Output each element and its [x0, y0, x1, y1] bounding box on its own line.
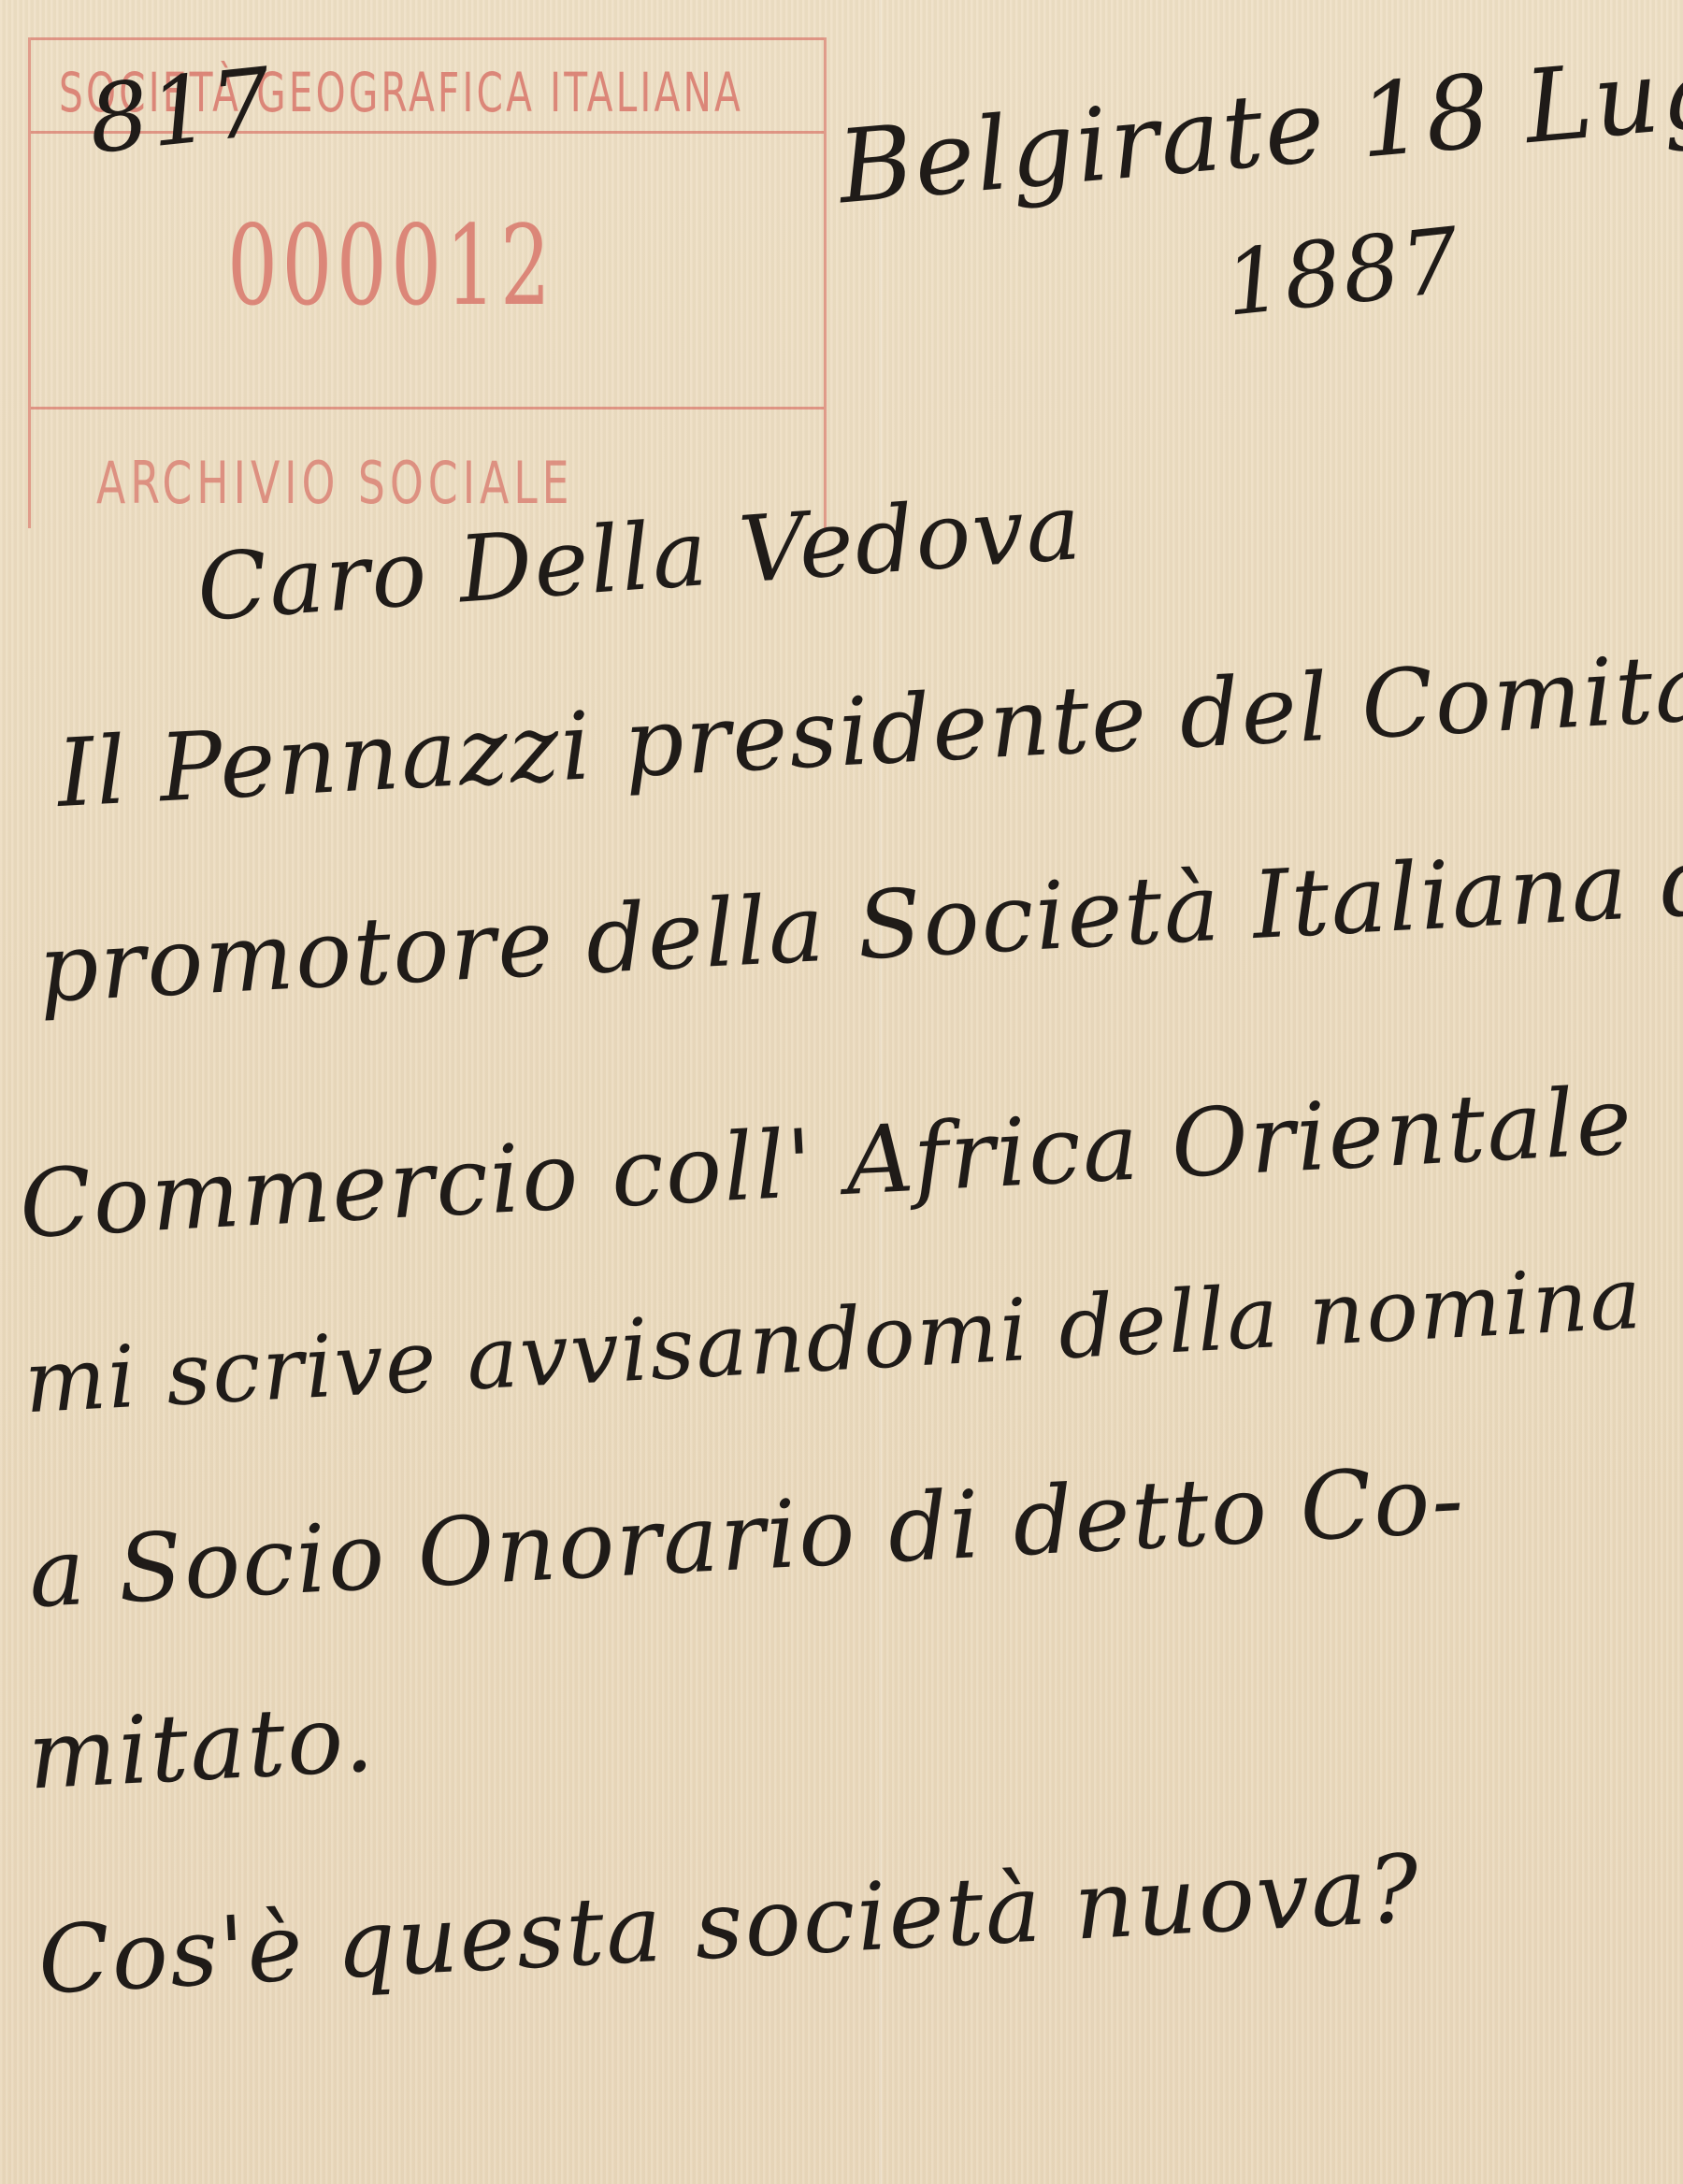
letter-line: Cos'è questa società nuova? [36, 1833, 1423, 2015]
paper-fold-line [879, 0, 882, 2184]
place-date: Belgirate 18 Luglio [834, 22, 1683, 227]
letter-line: mi scrive avvisandomi della nomina [22, 1248, 1645, 1433]
stamp-number: 000012 [227, 201, 554, 330]
letter-line: mitato. [25, 1683, 378, 1810]
letter-line: a Socio Onorario di detto Co- [26, 1444, 1468, 1629]
stamp-rule-lower [31, 407, 824, 409]
stamp-rule-top [31, 37, 824, 40]
year: 1887 [1220, 208, 1466, 337]
archive-number: 817 [83, 47, 278, 175]
letter-line: Commercio coll' Africa Orientale [17, 1066, 1636, 1259]
letter-line: promotore della Società Italiana di [36, 825, 1683, 1024]
letter-page: SOCIETÀ GEOGRAFICA ITALIANA 000012 ARCHI… [0, 0, 1683, 2184]
letter-line: Il Pennazzi presidente del Comitato [54, 627, 1683, 828]
